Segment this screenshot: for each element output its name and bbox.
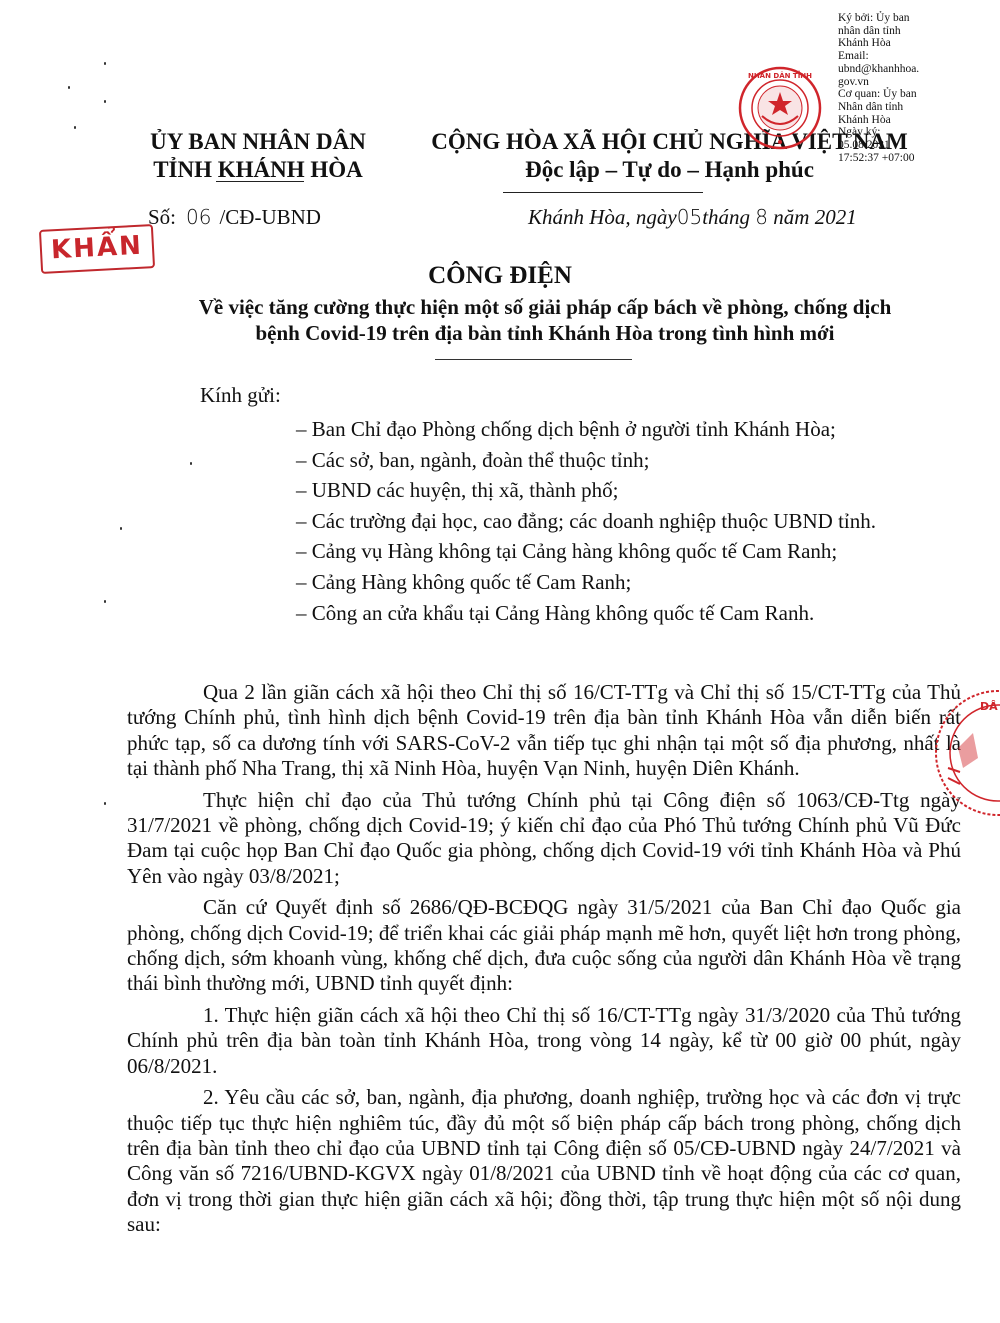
recipient-item: Ban Chỉ đạo Phòng chống dịch bệnh ở ngườ… — [296, 414, 876, 445]
recipient-item: Các trường đại học, cao đẳng; các doanh … — [296, 506, 876, 537]
signature-time: 17:52:37 +07:00 — [838, 152, 988, 165]
subtitle-line-1: Về việc tăng cường thực hiện một số giải… — [150, 294, 940, 320]
date-month: 8 — [755, 205, 768, 229]
signature-line: Khánh Hòa — [838, 114, 988, 127]
signature-line: Email: — [838, 50, 988, 63]
document-subtitle: Về việc tăng cường thực hiện một số giải… — [150, 294, 940, 346]
motto-underline — [503, 192, 703, 193]
scan-speck — [190, 462, 192, 465]
title-underline — [435, 359, 632, 360]
state-emblem-seal-icon: NHÂN DÂN TỈNH — [738, 66, 822, 150]
recipients-greeting: Kính gửi: — [200, 383, 281, 408]
date-year: năm 2021 — [773, 205, 856, 229]
document-number: Số:06/CĐ-UBND — [148, 205, 321, 230]
signature-line: Ký bởi: Ủy ban — [838, 12, 988, 25]
number-handwritten: 06 — [186, 205, 211, 229]
body-paragraph: Thực hiện chỉ đạo của Thủ tướng Chính ph… — [127, 788, 961, 890]
date-prefix: Khánh Hòa, ngày — [528, 205, 677, 229]
scan-speck — [104, 62, 106, 65]
scan-speck — [120, 527, 122, 530]
document-title: CÔNG ĐIỆN — [0, 262, 1000, 290]
scan-speck — [74, 126, 76, 129]
signature-line: Khánh Hòa — [838, 37, 988, 50]
signature-email: ubnd@khanhhoa. — [838, 63, 988, 76]
date-day: 05 — [677, 205, 702, 229]
authority-line-1: ỦY BAN NHÂN DÂN — [148, 128, 368, 156]
margin-seal-fragment-icon: DÂ — [918, 688, 1000, 818]
recipient-item: UBND các huyện, thị xã, thành phố; — [296, 475, 876, 506]
digital-signature-info: Ký bởi: Ủy ban nhân dân tỉnh Khánh Hòa E… — [838, 12, 988, 164]
svg-text:NHÂN DÂN TỈNH: NHÂN DÂN TỈNH — [748, 70, 812, 80]
body-paragraph: 2. Yêu cầu các sở, ban, ngành, địa phươn… — [127, 1085, 961, 1237]
number-suffix: /CĐ-UBND — [219, 205, 321, 229]
authority-underline — [216, 181, 304, 182]
subtitle-line-2: bệnh Covid-19 trên địa bàn tỉnh Khánh Hò… — [150, 320, 940, 346]
recipient-list: Ban Chỉ đạo Phòng chống dịch bệnh ở ngườ… — [296, 414, 876, 628]
document-body: Qua 2 lần giãn cách xã hội theo Chỉ thị … — [127, 680, 961, 1244]
signature-email: gov.vn — [838, 76, 988, 89]
scan-speck — [104, 802, 106, 805]
place-date: Khánh Hòa, ngày05tháng 8 năm 2021 — [528, 205, 857, 230]
signature-date: 05.08.2021 — [838, 139, 988, 152]
body-paragraph: 1. Thực hiện giãn cách xã hội theo Chỉ t… — [127, 1003, 961, 1079]
scan-speck — [104, 100, 106, 103]
signature-line: Cơ quan: Ủy ban — [838, 88, 988, 101]
recipient-item: Cảng Hàng không quốc tế Cam Ranh; — [296, 567, 876, 598]
scan-speck — [68, 86, 70, 89]
signature-line: nhân dân tỉnh — [838, 25, 988, 38]
scan-speck — [104, 600, 106, 603]
issuing-authority: ỦY BAN NHÂN DÂN TỈNH KHÁNH HÒA — [148, 128, 368, 184]
svg-text:DÂ: DÂ — [980, 700, 998, 713]
recipient-item: Công an cửa khẩu tại Cảng Hàng không quố… — [296, 598, 876, 629]
signature-line: Nhân dân tỉnh — [838, 101, 988, 114]
recipient-item: Cảng vụ Hàng không tại Cảng hàng không q… — [296, 536, 876, 567]
body-paragraph: Căn cứ Quyết định số 2686/QĐ-BCĐQG ngày … — [127, 895, 961, 997]
signature-line: Ngày ký: — [838, 126, 988, 139]
date-month-label: tháng — [702, 205, 750, 229]
authority-line-2: TỈNH KHÁNH HÒA — [148, 156, 368, 184]
recipient-item: Các sở, ban, ngành, đoàn thể thuộc tỉnh; — [296, 445, 876, 476]
body-paragraph: Qua 2 lần giãn cách xã hội theo Chỉ thị … — [127, 680, 961, 782]
